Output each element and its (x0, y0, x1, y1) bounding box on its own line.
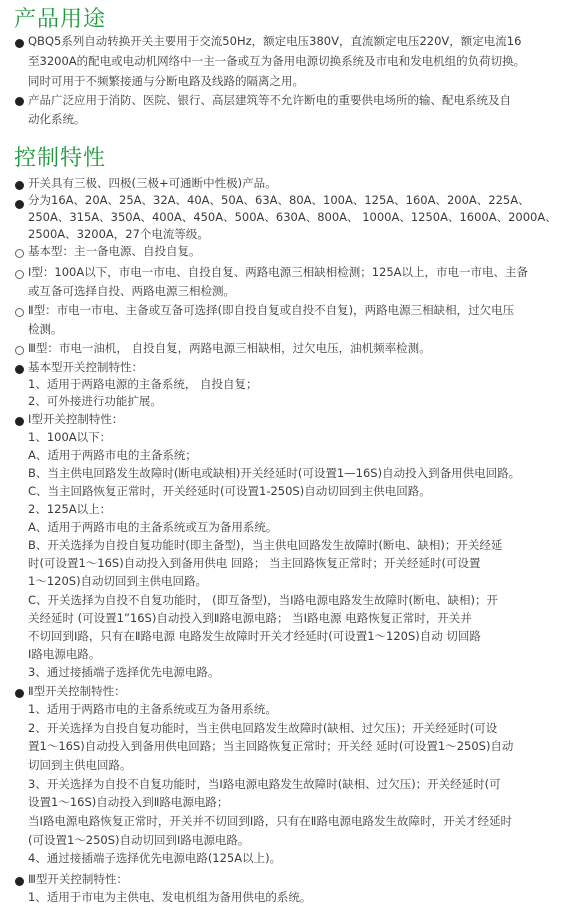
type1-line: A、适用于两路市电的主备系统或互为备用系统。 (28, 519, 277, 535)
text-line: 至3200A的配电或电动机网络中一主一备或互为备用电源切换系统及市电和发电机组的… (28, 53, 525, 69)
type2-line: 4、通过接插端子选择优先电源电路(125A以上)。 (28, 850, 281, 866)
circle-bullet-icon (15, 346, 24, 355)
bullet-icon (15, 417, 24, 426)
bullet-icon (15, 97, 24, 106)
bullet-icon (15, 181, 24, 190)
type2-line: 设置1～16S)自动投入到Ⅱ路电源电路； (28, 794, 228, 810)
type1-line: 1～120S)自动切回到主供电回路。 (28, 573, 207, 589)
bullet-icon (15, 365, 24, 374)
type1-line: B、当主供电回路发生故障时(断电或缺相)开关经延时(可设置1—16S)自动投入到… (28, 465, 520, 481)
ratings-line: 2500A、3200A，27个电流等级。 (28, 226, 209, 242)
type-1-text: I型：100A以下，市电一市电、自投自复、两路电源三相缺相检测；125A以上，市… (28, 264, 528, 280)
text-line: 产品广泛应用于消防、医院、银行、高层建筑等不允许断电的重要供电场所的输、配电系统… (28, 92, 511, 108)
bullet-icon (15, 39, 24, 48)
text-line: 同时可用于不频繁接通与分断电路及线路的隔离之用。 (28, 73, 304, 89)
type3-line: 1、适用于市电为主供电、发电机组为备用供电的系统。 (28, 889, 311, 905)
type1-line: C、开关选择为自投不自复功能时， (即互备型)，当I路电源电路发生故障时(断电、… (28, 592, 498, 608)
basic-line: 1、适用于两路电源的主备系统， 自投自复； (28, 376, 257, 392)
type1-line: 关经延时 (可设置1”16S)自动投入到Ⅱ路电源电路； 当I路电源 电路恢复正常… (28, 610, 472, 626)
type2-line: 3、开关选择为自投不自复功能时，当I路电源电路发生故障时(缺相、过欠压)；开关经… (28, 776, 501, 792)
text-line: QBQ5系列自动转换开关主要用于交流50Hz，额定电压380V，直流额定电压22… (28, 33, 521, 49)
circle-bullet-icon (15, 270, 24, 279)
type1-line: 3、通过接插端子选择优先电源电路。 (28, 664, 219, 680)
poles-text: 开关具有三极、四极(三极+可通断中性极)产品。 (28, 175, 277, 191)
type1-line: B、开关选择为自投自复功能时(即主备型)，当主供电回路发生故障时(断电、缺相)；… (28, 537, 502, 553)
type-1-text: 或互备可选择自投、两路电源三相检测。 (28, 283, 235, 299)
circle-bullet-icon (15, 308, 24, 317)
section-title-usage: 产品用途 (14, 2, 106, 33)
type2-line: 1、适用于两路市电的主备系统或互为备用系统。 (28, 701, 277, 717)
type1-line: C、当主回路恢复正常时，开关经延时(可设置1-250S)自动切回到主供电回路。 (28, 483, 431, 499)
type2-heading: Ⅱ型开关控制特性： (28, 683, 126, 699)
section-title-control: 控制特性 (14, 141, 106, 172)
type3-heading: Ⅲ型开关控制特性： (28, 871, 128, 887)
type2-line: 置1～16S)自动投入到备用供电回路；当主回路恢复正常时；开关经 延时(可设置1… (28, 738, 513, 754)
bullet-icon (15, 200, 24, 209)
type1-line: 不切回到I路，只有在Ⅱ路电源 电路发生故障时开关才经延时(可设置1～120S)自… (28, 628, 481, 644)
ratings-line: 250A、315A、350A、400A、450A、500A、630A、800A、… (28, 209, 557, 225)
type1-line: 2、125A以上： (28, 501, 111, 517)
type1-line: 时(可设置1～16S)自动投入到备用供电 回路； 当主回路恢复正常时；开关经延时… (28, 555, 481, 571)
bullet-icon (15, 877, 24, 886)
circle-bullet-icon (15, 249, 24, 258)
text-line: 动化系统。 (28, 111, 86, 127)
bullet-icon (15, 689, 24, 698)
type-3-text: Ⅲ型：市电一油机， 自投自复，两路电源三相缺相，过欠电压，油机频率检测。 (28, 340, 431, 356)
basic-line: 2、可外接进行功能扩展。 (28, 393, 162, 409)
ratings-line: 分为16A、20A、25A、32A、40A、50A、63A、80A、100A、1… (28, 192, 530, 208)
type1-line: 1、100A以下： (28, 429, 111, 445)
type2-line: 切回到主供电回路。 (28, 757, 132, 773)
type1-heading: I型开关控制特性： (28, 411, 123, 427)
type2-line: 2、开关选择为自投自复功能时，当主供电回路发生故障时(缺相、过欠压)；开关经延时… (28, 720, 497, 736)
type1-line: I路电源电路。 (28, 646, 100, 662)
type2-line: (可设置1～250S)自动切回到I路电源电路。 (28, 832, 249, 848)
type-2-text: 检测。 (28, 321, 63, 337)
type1-line: A、适用于两路市电的主备系统； (28, 447, 197, 463)
type-basic-text: 基本型：主一备电源、自投自复。 (28, 243, 201, 259)
type2-line: 当I路电源电路恢复正常时，开关并不切回到I路，只有在Ⅱ路电源电路发生故障时，开关… (28, 813, 512, 829)
basic-heading: 基本型开关控制特性： (28, 359, 143, 375)
type-2-text: Ⅱ型：市电一市电、主备或互备可选择(即自投自复或自投不自复)，两路电源三相缺相，… (28, 302, 514, 318)
